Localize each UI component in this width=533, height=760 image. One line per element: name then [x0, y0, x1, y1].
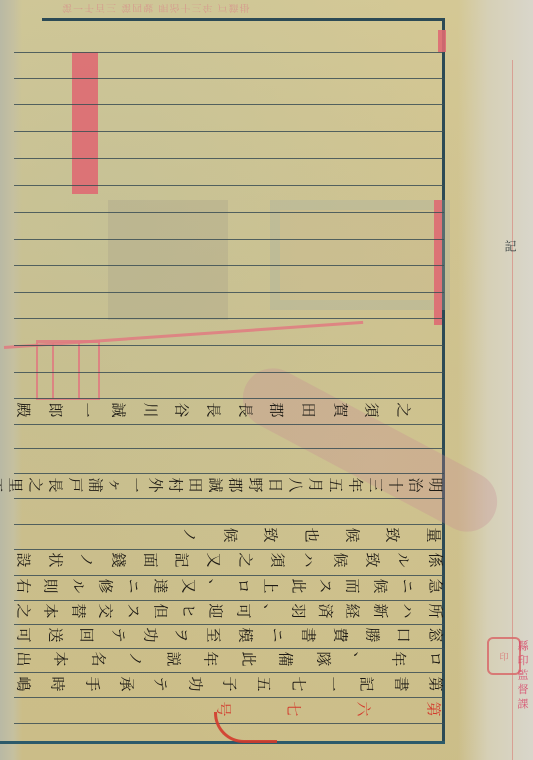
handwritten-character: 済	[315, 603, 336, 621]
handwritten-character: ハ	[299, 552, 320, 570]
handwritten-character: 須	[267, 552, 288, 570]
handwritten-character: 至	[204, 627, 225, 645]
handwritten-character: 田	[185, 477, 206, 495]
handwritten-character: 郡	[267, 402, 288, 420]
handwritten-character: 面	[140, 552, 161, 570]
ruled-line	[14, 78, 444, 79]
handwritten-character: 之	[14, 603, 35, 621]
handwritten-character: 野	[245, 477, 266, 495]
text-column-3: 量致候也致候ノ	[180, 523, 444, 549]
handwritten-character: 七	[288, 676, 309, 694]
handwritten-character: 治	[405, 477, 426, 495]
handwritten-character: ハ	[398, 603, 419, 621]
handwritten-character: 手	[82, 676, 103, 694]
handwritten-character: 模	[235, 627, 256, 645]
handwritten-character: 致	[383, 527, 404, 545]
text-column-6: 所ハ新経済羽、可迎ヒ但ス交替本之	[14, 599, 446, 625]
ruled-line	[14, 448, 444, 449]
text-column-8: ロ年、隊備此年説ノ名本出	[14, 647, 446, 673]
ghost-window-illustration	[270, 200, 450, 310]
handwritten-character: 長	[45, 477, 66, 495]
ruled-line	[14, 158, 444, 159]
handwritten-character: 致	[261, 527, 282, 545]
handwritten-character: 則	[41, 578, 62, 596]
handwritten-character: 一	[322, 676, 343, 694]
handwritten-character: ル	[68, 578, 89, 596]
handwritten-character: 戸	[65, 477, 86, 495]
handwritten-character: 名	[88, 651, 109, 669]
ruled-line	[14, 212, 444, 213]
red-tab-top	[438, 30, 446, 52]
handwritten-character: 書	[299, 627, 320, 645]
handwritten-character: 十	[385, 477, 406, 495]
ruled-line	[14, 52, 444, 53]
handwritten-character: 外	[145, 477, 166, 495]
handwritten-character: 正	[0, 477, 6, 495]
handwritten-character: ロ	[233, 578, 254, 596]
handwritten-character: 里	[5, 477, 26, 495]
handwritten-character: 係	[425, 552, 446, 570]
ghost-figure-illustration	[108, 200, 228, 320]
handwritten-character: 年	[201, 651, 222, 669]
handwritten-character: 可	[233, 603, 254, 621]
handwritten-character: 之	[393, 402, 414, 420]
handwritten-character: 三	[365, 477, 386, 495]
ruled-line	[14, 265, 444, 266]
handwritten-character: 功	[185, 676, 206, 694]
red-brush-stroke	[214, 712, 277, 743]
handwritten-character: 口	[394, 627, 415, 645]
handwritten-character: 年	[388, 651, 409, 669]
handwritten-character: ス	[123, 603, 144, 621]
frame-bottom-border	[0, 741, 445, 744]
handwritten-character: 村	[165, 477, 186, 495]
handwritten-character: 嶋	[14, 676, 35, 694]
handwritten-character: 一	[125, 477, 146, 495]
handwritten-character: 急	[425, 578, 446, 596]
handwritten-character: 本	[51, 651, 72, 669]
handwritten-character: 費	[330, 627, 351, 645]
handwritten-character: 候	[330, 552, 351, 570]
handwritten-character: 候	[220, 527, 241, 545]
handwritten-character: 所	[425, 603, 446, 621]
handwritten-character: 長	[203, 402, 224, 420]
handwritten-character: 修	[96, 578, 117, 596]
handwritten-character: 此	[288, 578, 309, 596]
handwritten-character: 年	[345, 477, 366, 495]
handwritten-character: ヲ	[172, 627, 193, 645]
handwritten-character: 賀	[330, 402, 351, 420]
text-column-2: 明治十三年五月八日野郡誠田村外一ヶ浦戸長之里正某	[14, 473, 446, 499]
handwritten-character: 上	[261, 578, 282, 596]
handwritten-character: 致	[362, 552, 383, 570]
handwritten-character: 而	[343, 578, 364, 596]
ruled-line	[14, 318, 444, 319]
handwritten-character: ニ	[267, 627, 288, 645]
handwritten-character: 可	[14, 627, 35, 645]
handwritten-character: 五	[254, 676, 275, 694]
lantern-drawing	[36, 340, 100, 400]
handwritten-character: 郡	[225, 477, 246, 495]
handwritten-character: 八	[285, 477, 306, 495]
handwritten-character: ノ	[180, 527, 201, 545]
handwritten-character: 明	[425, 477, 446, 495]
handwritten-character: 第	[423, 701, 444, 719]
ruled-line	[14, 345, 444, 346]
handwritten-character: 備	[276, 651, 297, 669]
handwritten-character: ニ	[123, 578, 144, 596]
handwritten-character: テ	[109, 627, 130, 645]
handwritten-character: 候	[342, 527, 363, 545]
handwritten-character: 錢	[109, 552, 130, 570]
handwritten-character: ロ	[425, 651, 446, 669]
handwritten-character: 達	[151, 578, 172, 596]
handwritten-character: 替	[68, 603, 89, 621]
handwritten-character: 状	[45, 552, 66, 570]
red-column-bar-right	[434, 200, 442, 325]
handwritten-character: 殿	[14, 402, 35, 420]
handwritten-character: 第	[425, 676, 446, 694]
text-column-1: 之須賀田郡長長谷川誠一郎殿	[14, 398, 414, 424]
handwritten-character: 谷	[172, 402, 193, 420]
handwritten-character: 誠	[108, 402, 129, 420]
black-seal-mark: 記	[497, 240, 519, 266]
handwritten-character: 交	[96, 603, 117, 621]
handwritten-character: 又	[204, 552, 225, 570]
frame-top-border	[42, 18, 445, 21]
handwritten-character: 長	[235, 402, 256, 420]
handwritten-character: ニ	[398, 578, 419, 596]
handwritten-character: 、	[206, 578, 227, 596]
handwritten-character: ノ	[126, 651, 147, 669]
red-column-bar-left	[72, 52, 98, 194]
handwritten-character: 日	[265, 477, 286, 495]
handwritten-character: 勝	[362, 627, 383, 645]
handwritten-character: ル	[394, 552, 415, 570]
handwritten-character: 量	[423, 527, 444, 545]
handwritten-character: 羽	[288, 603, 309, 621]
handwritten-character: 川	[140, 402, 161, 420]
handwritten-character: ヒ	[178, 603, 199, 621]
handwritten-character: 設	[14, 552, 35, 570]
handwritten-character: 承	[116, 676, 137, 694]
handwritten-character: 也	[301, 527, 322, 545]
handwritten-character: 時	[48, 676, 69, 694]
handwritten-character: 隊	[313, 651, 334, 669]
ruled-line	[14, 185, 444, 186]
header-band-bleedthrough: 第一千百三 第四號 明治十三年 戸籍掛	[62, 4, 442, 16]
handwritten-character: 郎	[45, 402, 66, 420]
handwritten-character: 書	[391, 676, 412, 694]
handwritten-character: 候	[370, 578, 391, 596]
ruled-line	[14, 239, 444, 240]
handwritten-character: 七	[283, 701, 304, 719]
handwritten-character: 此	[238, 651, 259, 669]
handwritten-character: 月	[305, 477, 326, 495]
handwritten-character: 本	[41, 603, 62, 621]
handwritten-character: 回	[77, 627, 98, 645]
ruled-line	[14, 104, 444, 105]
handwritten-character: 浦	[85, 477, 106, 495]
handwritten-character: 右	[14, 578, 35, 596]
handwritten-character: 誠	[205, 477, 226, 495]
handwritten-character: 六	[353, 701, 374, 719]
text-column-7: 窓口勝費書ニ模至ヲ功テ回送可	[14, 623, 446, 649]
handwritten-character: 新	[370, 603, 391, 621]
text-column-9: 第書記一七五子功テ承手時嶋	[14, 672, 446, 698]
handwritten-character: 、	[261, 603, 282, 621]
handwritten-character: 記	[357, 676, 378, 694]
handwritten-character: 迎	[206, 603, 227, 621]
handwritten-character: 記	[172, 552, 193, 570]
handwritten-character: 五	[325, 477, 346, 495]
text-column-5: 急ニ候而ス此上ロ、又達ニ修ル則右	[14, 574, 446, 600]
handwritten-character: 田	[298, 402, 319, 420]
text-column-4: 係ル致候ハ須之又記面錢ノ状設	[14, 548, 446, 574]
handwritten-character: 送	[45, 627, 66, 645]
handwritten-character: 、	[351, 651, 372, 669]
handwritten-character: テ	[151, 676, 172, 694]
handwritten-character: 須	[362, 402, 383, 420]
handwritten-character: ス	[315, 578, 336, 596]
document-page: 第一千百三 第四號 明治十三年 戸籍掛 之須賀田郡長長谷川誠一郎殿明治十三年五月…	[0, 0, 533, 760]
red-stamp-right-edge: 縣 印 監 督 課	[508, 640, 530, 750]
handwritten-character: 之	[25, 477, 46, 495]
handwritten-character: 経	[343, 603, 364, 621]
ruled-line	[14, 424, 444, 425]
handwritten-character: 之	[235, 552, 256, 570]
handwritten-character: ヶ	[105, 477, 126, 495]
handwritten-character: 窓	[425, 627, 446, 645]
handwritten-character: ノ	[77, 552, 98, 570]
handwritten-character: 又	[178, 578, 199, 596]
handwritten-character: 功	[140, 627, 161, 645]
handwritten-character: 説	[163, 651, 184, 669]
handwritten-character: 出	[14, 651, 35, 669]
ruled-line	[14, 131, 444, 132]
ruled-line	[14, 292, 444, 293]
handwritten-character: 但	[151, 603, 172, 621]
ruled-line	[14, 372, 444, 373]
handwritten-character: 一	[77, 402, 98, 420]
handwritten-character: 子	[219, 676, 240, 694]
